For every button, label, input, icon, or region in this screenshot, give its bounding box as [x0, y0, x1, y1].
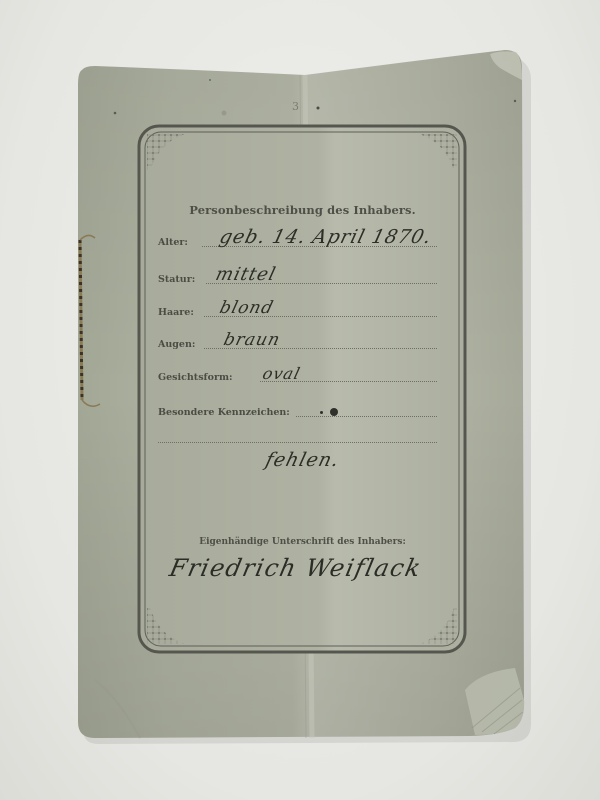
field-alter: Alter: geb. 14. April 1870.: [158, 228, 437, 250]
field-value-handwritten: geb. 14. April 1870.: [217, 226, 434, 248]
field-haare: Haare: blond: [158, 298, 437, 320]
field-label: Haare:: [158, 307, 194, 318]
field-label: Besondere Kennzeichen:: [158, 407, 290, 418]
ink-blot: [330, 408, 338, 416]
field-statur: Statur: mittel: [158, 265, 437, 287]
field-gesichtsform: Gesichtsform: oval: [158, 363, 437, 385]
passport-booklet: 3 Personbeschreibung des Inhabers. Alter…: [0, 0, 600, 800]
passport-page: 3 Personbeschreibung des Inhabers. Alter…: [0, 0, 600, 800]
field-value-handwritten: braun: [222, 330, 283, 350]
field-besondere-kennzeichen: Besondere Kennzeichen:: [158, 398, 437, 420]
field-value-handwritten: oval: [261, 364, 303, 383]
field-label: Statur:: [158, 274, 195, 285]
field-augen: Augen: braun: [158, 330, 437, 352]
page-number: 3: [292, 100, 299, 113]
field-label: Alter:: [158, 237, 188, 248]
field-value-handwritten: fehlen.: [263, 449, 342, 471]
signature-label: Eigenhändige Unterschrift des Inhabers:: [140, 537, 465, 547]
form-title: Personbeschreibung des Inhabers.: [140, 203, 465, 217]
field-value-handwritten: mittel: [213, 264, 278, 285]
field-label: Augen:: [158, 339, 195, 350]
field-extra-value: fehlen.: [158, 451, 437, 473]
person-description-form: Personbeschreibung des Inhabers. Alter: …: [140, 126, 465, 650]
field-value-handwritten: blond: [218, 298, 276, 318]
field-label: Gesichtsform:: [158, 372, 233, 383]
ink-dot: [320, 411, 323, 414]
holder-signature: Friedrich Weiflack: [167, 554, 424, 582]
field-extra-line: [158, 424, 437, 446]
